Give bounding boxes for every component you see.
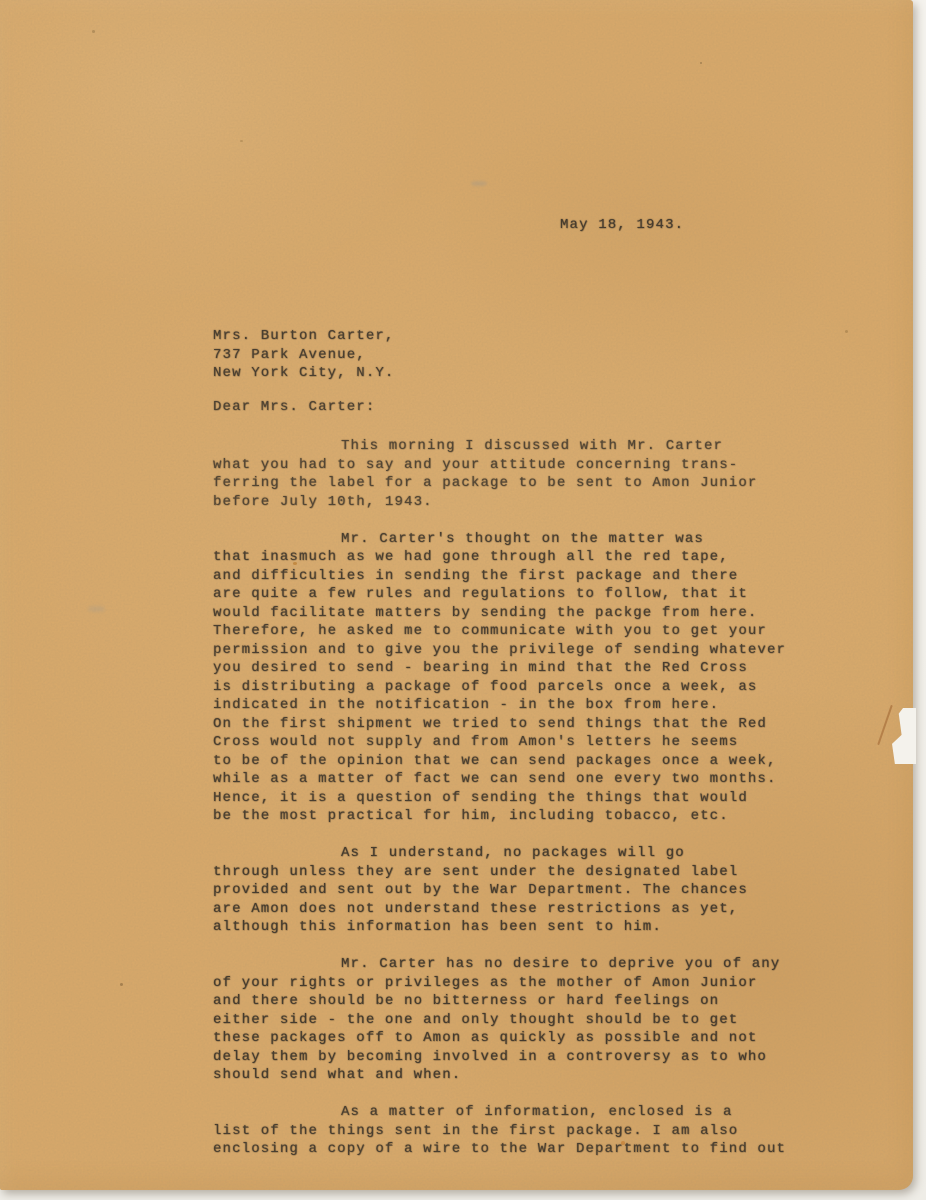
letter-page: May 18, 1943. Mrs. Burton Carter,737 Par… [0,0,913,1190]
letter-paragraph: As a matter of information, enclosed is … [213,1103,881,1159]
paper-smudge [88,606,105,612]
recipient-line: New York City, N.Y. [213,364,394,383]
letter-body: This morning I discussed with Mr. Carter… [213,437,881,1177]
paper-smudge [471,181,487,186]
scan-backdrop: May 18, 1943. Mrs. Burton Carter,737 Par… [0,0,926,1200]
paper-speck [700,62,702,64]
salutation: Dear Mrs. Carter: [213,398,375,417]
paper-speck [92,30,95,33]
recipient-address: Mrs. Burton Carter,737 Park Avenue,New Y… [213,327,394,383]
paper-speck [120,983,123,986]
paper-speck [240,140,243,142]
recipient-line: Mrs. Burton Carter, [213,327,394,346]
letter-date: May 18, 1943. [560,216,684,235]
recipient-line: 737 Park Avenue, [213,346,394,365]
paper-speck [845,330,848,333]
letter-paragraph: As I understand, no packages will go thr… [213,844,881,937]
letter-paragraph: Mr. Carter has no desire to deprive you … [213,955,881,1085]
letter-paragraph: Mr. Carter's thought on the matter was t… [213,530,881,826]
letter-paragraph: This morning I discussed with Mr. Carter… [213,437,881,511]
